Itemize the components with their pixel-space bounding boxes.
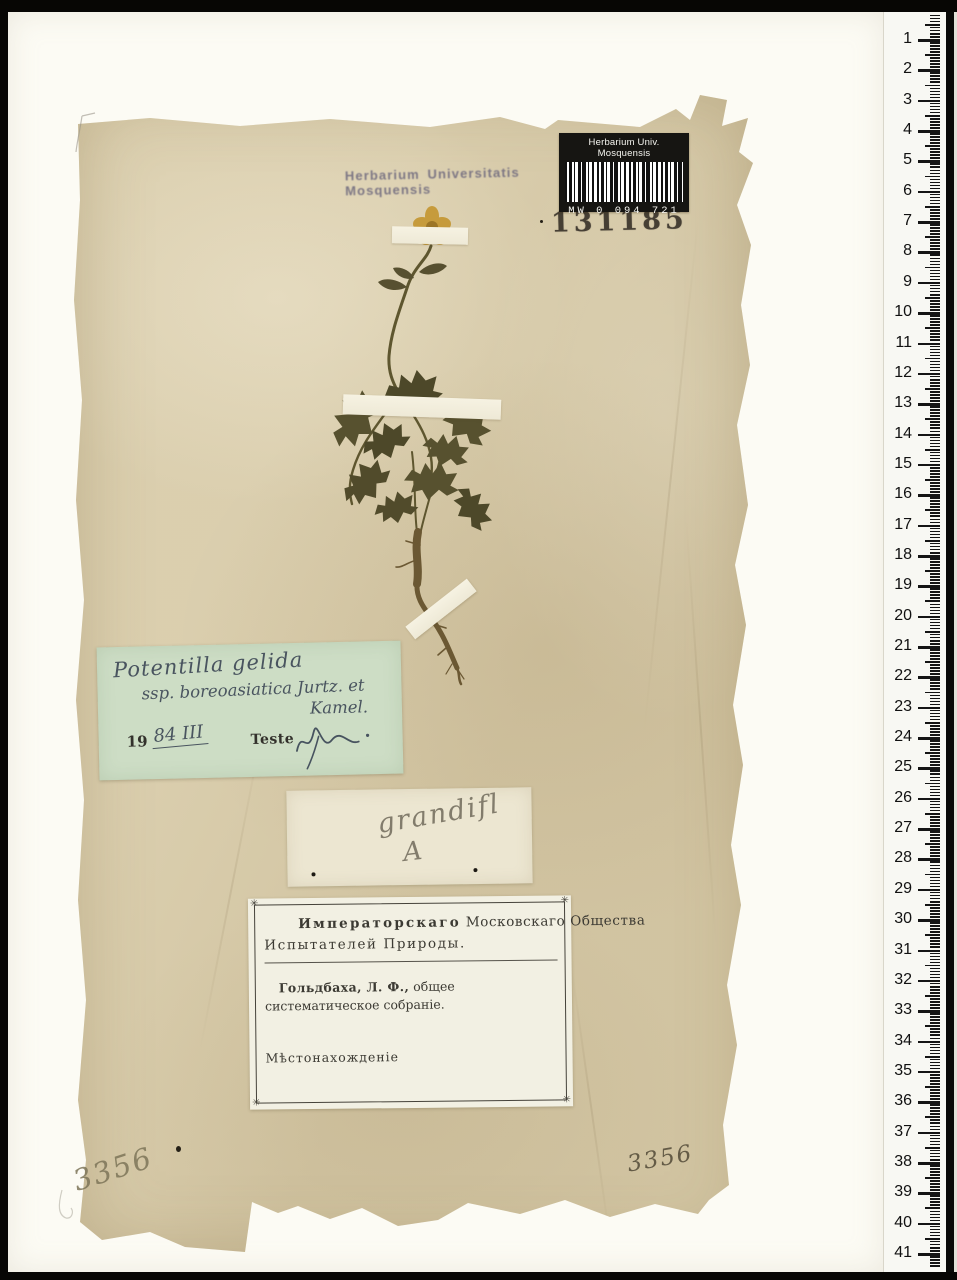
ruler-tick — [930, 786, 940, 788]
ruler-tick — [930, 1186, 940, 1188]
ruler-tick — [930, 446, 940, 448]
scan-frame — [0, 1272, 957, 1280]
ruler-tick — [930, 346, 940, 348]
ruler-tick — [925, 783, 940, 785]
ruler-tick — [930, 582, 940, 584]
ruler-tick — [930, 673, 940, 675]
ruler-tick — [930, 303, 940, 305]
ruler-tick — [930, 51, 940, 53]
ruler-number: 17 — [882, 516, 912, 534]
ruler-tick — [925, 1116, 940, 1118]
society-name-rest: Московскаго Общества — [461, 913, 646, 931]
ruler-tick — [930, 394, 940, 396]
ruler-tick — [930, 534, 940, 536]
ruler-tick — [930, 185, 940, 187]
ruler-number: 29 — [882, 880, 912, 898]
ruler-tick — [930, 594, 940, 596]
ruler-tick — [930, 740, 940, 742]
ruler-tick — [930, 215, 940, 217]
ruler-tick — [930, 97, 940, 99]
ruler-number: 23 — [882, 698, 912, 716]
ruler-tick — [930, 937, 940, 939]
ruler-tick — [930, 482, 940, 484]
ruler-tick — [930, 956, 940, 958]
ruler-tick — [930, 591, 940, 593]
ruler-tick — [930, 385, 940, 387]
ruler-tick — [925, 388, 940, 390]
ruler-tick — [925, 965, 940, 967]
ruler-tick — [930, 558, 940, 560]
ruler-tick — [930, 1016, 940, 1018]
ruler-tick — [930, 139, 940, 141]
ruler-tick — [930, 679, 940, 681]
ruler-tick — [925, 358, 940, 360]
ruler-tick — [930, 485, 940, 487]
ruler-tick — [930, 528, 940, 530]
ruler-tick — [930, 789, 940, 791]
ruler-tick — [930, 1259, 940, 1261]
corner-ornament-icon: ✳ — [561, 896, 569, 906]
ruler-tick — [930, 443, 940, 445]
determination-label: Potentilla gelida ssp. boreoasiatica Jur… — [97, 641, 404, 781]
ruler-tick — [930, 749, 940, 751]
ruler-tick — [930, 713, 940, 715]
ruler-tick — [930, 1141, 940, 1143]
ruler-tick — [930, 270, 940, 272]
ruler-tick — [930, 1107, 940, 1109]
ruler-tick — [930, 515, 940, 517]
society-label: ✳ ✳ ✳ ✳ Императорскаго Московскаго Общес… — [248, 895, 573, 1109]
ruler-tick — [930, 734, 940, 736]
ruler-tick — [930, 588, 940, 590]
ruler-number: 25 — [882, 758, 912, 776]
ruler-tick — [930, 907, 940, 909]
ruler-tick — [930, 801, 940, 803]
pin-dot — [473, 868, 477, 872]
ruler-number: 18 — [882, 546, 912, 564]
ruler-tick — [930, 962, 940, 964]
ruler-tick — [930, 1229, 940, 1231]
ruler-tick — [930, 1201, 940, 1203]
ruler-tick — [930, 455, 940, 457]
ruler-tick — [930, 1214, 940, 1216]
ruler-tick — [930, 1235, 940, 1237]
ruler-tick — [930, 1153, 940, 1155]
ruler-tick — [925, 722, 940, 724]
ruler-tick — [930, 877, 940, 879]
ruler-tick — [930, 163, 940, 165]
ruler-tick — [930, 852, 940, 854]
ruler-tick — [930, 194, 940, 196]
ruler-tick — [925, 600, 940, 602]
ruler-tick — [930, 989, 940, 991]
ruler-tick — [930, 188, 940, 190]
ruler-tick — [930, 352, 940, 354]
ruler-tick — [930, 840, 940, 842]
ruler-number: 24 — [882, 728, 912, 746]
ruler-tick — [930, 764, 940, 766]
ruler-number: 35 — [882, 1062, 912, 1080]
ruler-tick — [930, 1077, 940, 1079]
society-name-line1: Императорскаго Московскаго Общества — [264, 911, 557, 935]
ruler-tick — [925, 631, 940, 633]
ruler-tick — [930, 546, 940, 548]
ruler-tick — [930, 1247, 940, 1249]
ruler-number: 10 — [882, 303, 912, 321]
ruler-tick — [930, 834, 940, 836]
ruler-tick — [930, 230, 940, 232]
ruler-tick — [930, 1165, 940, 1167]
ruler-tick — [930, 561, 940, 563]
ruler-tick — [930, 233, 940, 235]
ruler-tick — [930, 1183, 940, 1185]
ruler-tick — [930, 106, 940, 108]
ruler-tick — [930, 743, 940, 745]
ruler-tick — [930, 1129, 940, 1131]
ruler-tick — [930, 604, 940, 606]
ruler-tick — [930, 157, 940, 159]
ruler-tick — [930, 133, 940, 135]
ruler-tick — [930, 664, 940, 666]
ruler-tick — [930, 412, 940, 414]
ruler-tick — [930, 321, 940, 323]
ruler-tick — [930, 458, 940, 460]
ruler-tick — [930, 698, 940, 700]
ruler-number: 37 — [882, 1123, 912, 1141]
institution-stamp: Herbarium Universitatis Mosquensis — [345, 164, 576, 199]
ruler-tick — [930, 497, 940, 499]
ruler-number: 28 — [882, 849, 912, 867]
ruler-tick — [930, 998, 940, 1000]
ruler-tick — [930, 400, 940, 402]
ruler-tick — [930, 922, 940, 924]
ruler-tick — [930, 333, 940, 335]
ruler-number: 5 — [882, 151, 912, 169]
ruler-tick — [930, 173, 940, 175]
ruler-tick — [930, 576, 940, 578]
ruler-tick — [930, 330, 940, 332]
ruler-tick — [930, 142, 940, 144]
ruler-tick — [930, 264, 940, 266]
ruler-tick — [930, 273, 940, 275]
ruler-tick — [930, 719, 940, 721]
ruler-tick — [930, 15, 940, 17]
corner-ornament-icon: ✳ — [563, 1095, 571, 1105]
ruler-tick — [925, 1238, 940, 1240]
ruler-tick — [925, 297, 940, 299]
ruler-tick — [930, 294, 940, 296]
ruler-tick — [930, 94, 940, 96]
ruler-tick — [930, 1034, 940, 1036]
ruler-tick — [930, 695, 940, 697]
ruler-tick — [925, 479, 940, 481]
ruler-tick — [930, 901, 940, 903]
ruler-tick — [930, 913, 940, 915]
ruler-tick — [930, 758, 940, 760]
ruler-tick — [930, 619, 940, 621]
ruler-tick — [930, 242, 940, 244]
scan-frame — [0, 0, 957, 12]
ruler-number: 4 — [882, 121, 912, 139]
ruler-tick — [930, 773, 940, 775]
ruler-tick — [930, 306, 940, 308]
ruler-tick — [930, 470, 940, 472]
ruler-number: 7 — [882, 212, 912, 230]
ruler-tick — [930, 649, 940, 651]
ruler-tick — [930, 440, 940, 442]
ruler-tick — [930, 148, 940, 150]
ruler-tick — [930, 60, 940, 62]
ruler-tick — [930, 777, 940, 779]
ruler-number: 39 — [882, 1183, 912, 1201]
ruler-tick — [930, 1074, 940, 1076]
ruler-tick — [930, 124, 940, 126]
ruler-tick — [930, 819, 940, 821]
ruler-tick — [930, 118, 940, 120]
ruler-tick — [925, 327, 940, 329]
ruler-tick — [930, 1180, 940, 1182]
ruler-tick — [930, 1053, 940, 1055]
herbarium-scan: Herbarium Universitatis Mosquensis 13118… — [0, 0, 957, 1280]
ruler-tick — [930, 1217, 940, 1219]
ruler-tick — [930, 409, 940, 411]
ruler-tick — [930, 391, 940, 393]
ruler-tick — [930, 476, 940, 478]
ruler-tick — [930, 855, 940, 857]
ruler-number: 40 — [882, 1214, 912, 1232]
ruler-tick — [930, 473, 940, 475]
ruler-tick — [930, 804, 940, 806]
ruler-tick — [930, 755, 940, 757]
ruler-tick — [930, 643, 940, 645]
ruler-tick — [930, 179, 940, 181]
ruler-tick — [930, 1122, 940, 1124]
ruler-tick — [930, 625, 940, 627]
ruler-tick — [930, 1047, 940, 1049]
ruler-tick — [930, 1065, 940, 1067]
ruler-tick — [930, 1256, 940, 1258]
ruler-tick — [930, 81, 940, 83]
ruler-tick — [930, 1150, 940, 1152]
ruler-tick — [930, 810, 940, 812]
ruler-tick — [930, 339, 940, 341]
ruler-tick — [930, 831, 940, 833]
ruler-number: 6 — [882, 182, 912, 200]
ruler-tick — [930, 170, 940, 172]
ruler-tick — [930, 1159, 940, 1161]
ruler-tick — [930, 522, 940, 524]
ruler-tick — [930, 1019, 940, 1021]
ruler-tick — [930, 209, 940, 211]
ruler-tick — [930, 1204, 940, 1206]
ruler-tick — [930, 1059, 940, 1061]
dust-speck — [176, 1146, 181, 1152]
ruler-tick — [930, 946, 940, 948]
barcode-label: Herbarium Univ. Mosquensis MW 0 094 721 — [559, 133, 689, 212]
ruler-tick — [930, 761, 940, 763]
ruler-tick — [930, 112, 940, 114]
ruler-tick — [925, 206, 940, 208]
ruler-tick — [930, 865, 940, 867]
ruler-tick — [925, 236, 940, 238]
ruler-number: 9 — [882, 273, 912, 291]
ruler-tick — [930, 36, 940, 38]
ruler-tick — [930, 503, 940, 505]
ruler-tick — [930, 66, 940, 68]
ruler-tick — [930, 992, 940, 994]
ruler-tick — [930, 467, 940, 469]
ruler-tick — [930, 971, 940, 973]
ruler-tick — [930, 640, 940, 642]
ruler-tick — [930, 610, 940, 612]
ruler-number: 36 — [882, 1092, 912, 1110]
ruler-tick — [930, 537, 940, 539]
ruler-tick — [930, 983, 940, 985]
ruler-tick — [930, 685, 940, 687]
ruler-number: 2 — [882, 60, 912, 78]
scan-right-bar — [946, 0, 954, 1280]
ruler-tick — [930, 613, 940, 615]
ruler-tick — [930, 658, 940, 660]
ruler-tick — [925, 1177, 940, 1179]
ruler: 1234567891011121314151617181920212223242… — [884, 12, 946, 1272]
ruler-tick — [930, 710, 940, 712]
ruler-tick — [930, 953, 940, 955]
ruler-tick — [930, 367, 940, 369]
ruler-tick — [930, 437, 940, 439]
ruler-tick — [925, 843, 940, 845]
corner-ornament-icon: ✳ — [250, 900, 258, 910]
ruler-tick — [930, 336, 940, 338]
ruler-tick — [930, 88, 940, 90]
ruler-tick — [930, 324, 940, 326]
ruler-tick — [930, 670, 940, 672]
ruler-tick — [930, 701, 940, 703]
ruler-tick — [930, 1104, 940, 1106]
ruler-tick — [930, 127, 940, 129]
ruler-tick — [930, 424, 940, 426]
ruler-tick — [930, 224, 940, 226]
ruler-tick — [930, 628, 940, 630]
ruler-tick — [930, 21, 940, 23]
ruler-tick — [930, 512, 940, 514]
label-body: Императорскаго Московскаго Общества Испы… — [264, 911, 558, 1014]
ruler-tick — [930, 1135, 940, 1137]
ruler-tick — [930, 1241, 940, 1243]
ruler-tick — [930, 288, 940, 290]
ruler-tick — [930, 549, 940, 551]
ruler-tick — [930, 1068, 940, 1070]
handwritten-date: 84 III — [151, 721, 209, 749]
ruler-tick — [925, 874, 940, 876]
ruler-tick — [930, 579, 940, 581]
pin-dot — [311, 872, 315, 876]
ruler-tick — [925, 449, 940, 451]
collection-line: Гольдбаха, Л. Ф., общее систематическое … — [265, 977, 558, 1015]
ruler-tick — [930, 986, 940, 988]
ruler-tick — [925, 418, 940, 420]
ruler-tick — [925, 813, 940, 815]
ruler-tick — [930, 652, 940, 654]
ruler-tick — [930, 500, 940, 502]
ruler-tick — [925, 24, 940, 26]
ruler-number: 30 — [882, 910, 912, 928]
ruler-tick — [930, 1098, 940, 1100]
ruler-tick — [925, 661, 940, 663]
ruler-tick — [930, 212, 940, 214]
ruler-tick — [930, 254, 940, 256]
ruler-number: 20 — [882, 607, 912, 625]
ruler-tick — [930, 1022, 940, 1024]
ruler-tick — [930, 121, 940, 123]
ruler-tick — [930, 1031, 940, 1033]
ruler-tick — [930, 415, 940, 417]
ruler-tick — [930, 203, 940, 205]
ruler-tick — [925, 692, 940, 694]
ruler-tick — [930, 382, 940, 384]
ruler-tick — [930, 531, 940, 533]
ruler-tick — [930, 1171, 940, 1173]
ruler-number: 11 — [882, 334, 912, 352]
ruler-tick — [930, 688, 940, 690]
ruler-tick — [925, 176, 940, 178]
ruler-tick — [930, 792, 940, 794]
ruler-tick — [930, 1262, 940, 1264]
ruler-tick — [930, 279, 940, 281]
ruler-tick — [930, 239, 940, 241]
ruler-tick — [930, 154, 940, 156]
ruler-tick — [930, 452, 940, 454]
ruler-tick — [930, 573, 940, 575]
ruler-tick — [930, 18, 940, 20]
ruler-tick — [930, 91, 940, 93]
ruler-number: 26 — [882, 789, 912, 807]
ruler-tick — [930, 1013, 940, 1015]
ruler-tick — [930, 886, 940, 888]
ruler-tick — [930, 943, 940, 945]
ruler-number: 31 — [882, 941, 912, 959]
ruler-tick — [930, 48, 940, 50]
ruler-number: 3 — [882, 91, 912, 109]
ruler-tick — [930, 607, 940, 609]
ruler-tick — [930, 716, 940, 718]
location-caption: Мѣстонахожденіе — [265, 1049, 399, 1065]
ruler-number: 1 — [882, 30, 912, 48]
ruler-tick — [925, 54, 940, 56]
ruler-tick — [930, 318, 940, 320]
annotation-word: grandifl — [375, 788, 503, 840]
ruler-tick — [930, 1062, 940, 1064]
ruler-tick — [930, 309, 940, 311]
ruler-tick — [930, 1144, 940, 1146]
ruler-tick — [930, 182, 940, 184]
ruler-number: 12 — [882, 364, 912, 382]
ruler-tick — [930, 258, 940, 260]
ruler-number: 33 — [882, 1001, 912, 1019]
ruler-tick — [930, 916, 940, 918]
ruler-tick — [930, 30, 940, 32]
ruler-tick — [930, 825, 940, 827]
ruler-tick — [930, 655, 940, 657]
ruler-tick — [930, 261, 940, 263]
ruler-tick — [930, 880, 940, 882]
ruler-tick — [930, 898, 940, 900]
ruler-tick — [930, 1126, 940, 1128]
corner-ornament-icon: ✳ — [252, 1099, 260, 1109]
ruler-tick — [925, 267, 940, 269]
ruler-tick — [930, 1001, 940, 1003]
ruler-tick — [930, 728, 940, 730]
